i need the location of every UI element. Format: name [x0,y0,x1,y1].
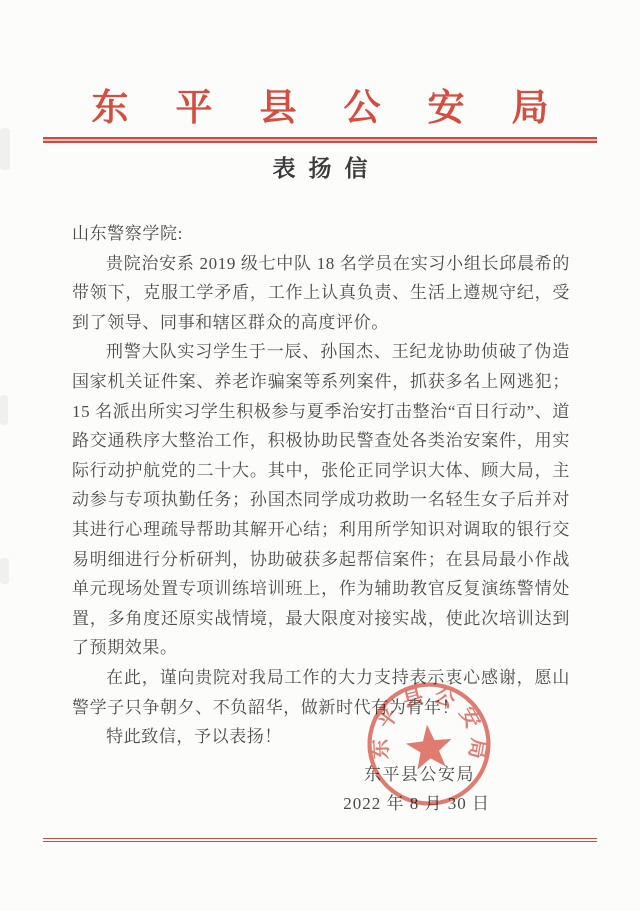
signoff-block: 东平县公安局 2022 年 8 月 30 日 [0,760,640,819]
letter-page: 东平县公安局 表扬信 山东警察学院: 贵院治安系 2019 级七中队 18 名学… [0,0,640,911]
letterhead-rule [43,137,597,143]
seal-star-icon [404,722,454,770]
paragraph-1: 贵院治安系 2019 级七中队 18 名学员在实习小组长邱晨希的带领下，克服工学… [72,249,570,338]
scan-artifact [0,558,9,584]
official-seal: 东平县公安局 [358,673,501,816]
footer-rule [43,838,597,842]
letter-body: 山东警察学院: 贵院治安系 2019 级七中队 18 名学员在实习小组长邱晨希的… [72,219,570,752]
paragraph-4: 特此致信，予以表扬！ [72,722,570,752]
paragraph-3: 在此，谨向贵院对我局工作的大力支持表示衷心感谢，愿山警学子只争朝夕、不负韶华，做… [72,663,570,722]
date: 2022 年 8 月 30 日 [0,789,640,819]
letter-title: 表扬信 [0,157,640,181]
salutation: 山东警察学院: [72,219,570,249]
letterhead-title: 东平县公安局 [0,90,640,127]
signature: 东平县公安局 [0,760,640,790]
paragraph-2: 刑警大队实习学生于一辰、孙国杰、王纪龙协助侦破了伪造国家机关证件案、养老诈骗案等… [72,337,570,663]
scan-artifact [0,395,8,425]
scan-artifact [0,128,10,170]
